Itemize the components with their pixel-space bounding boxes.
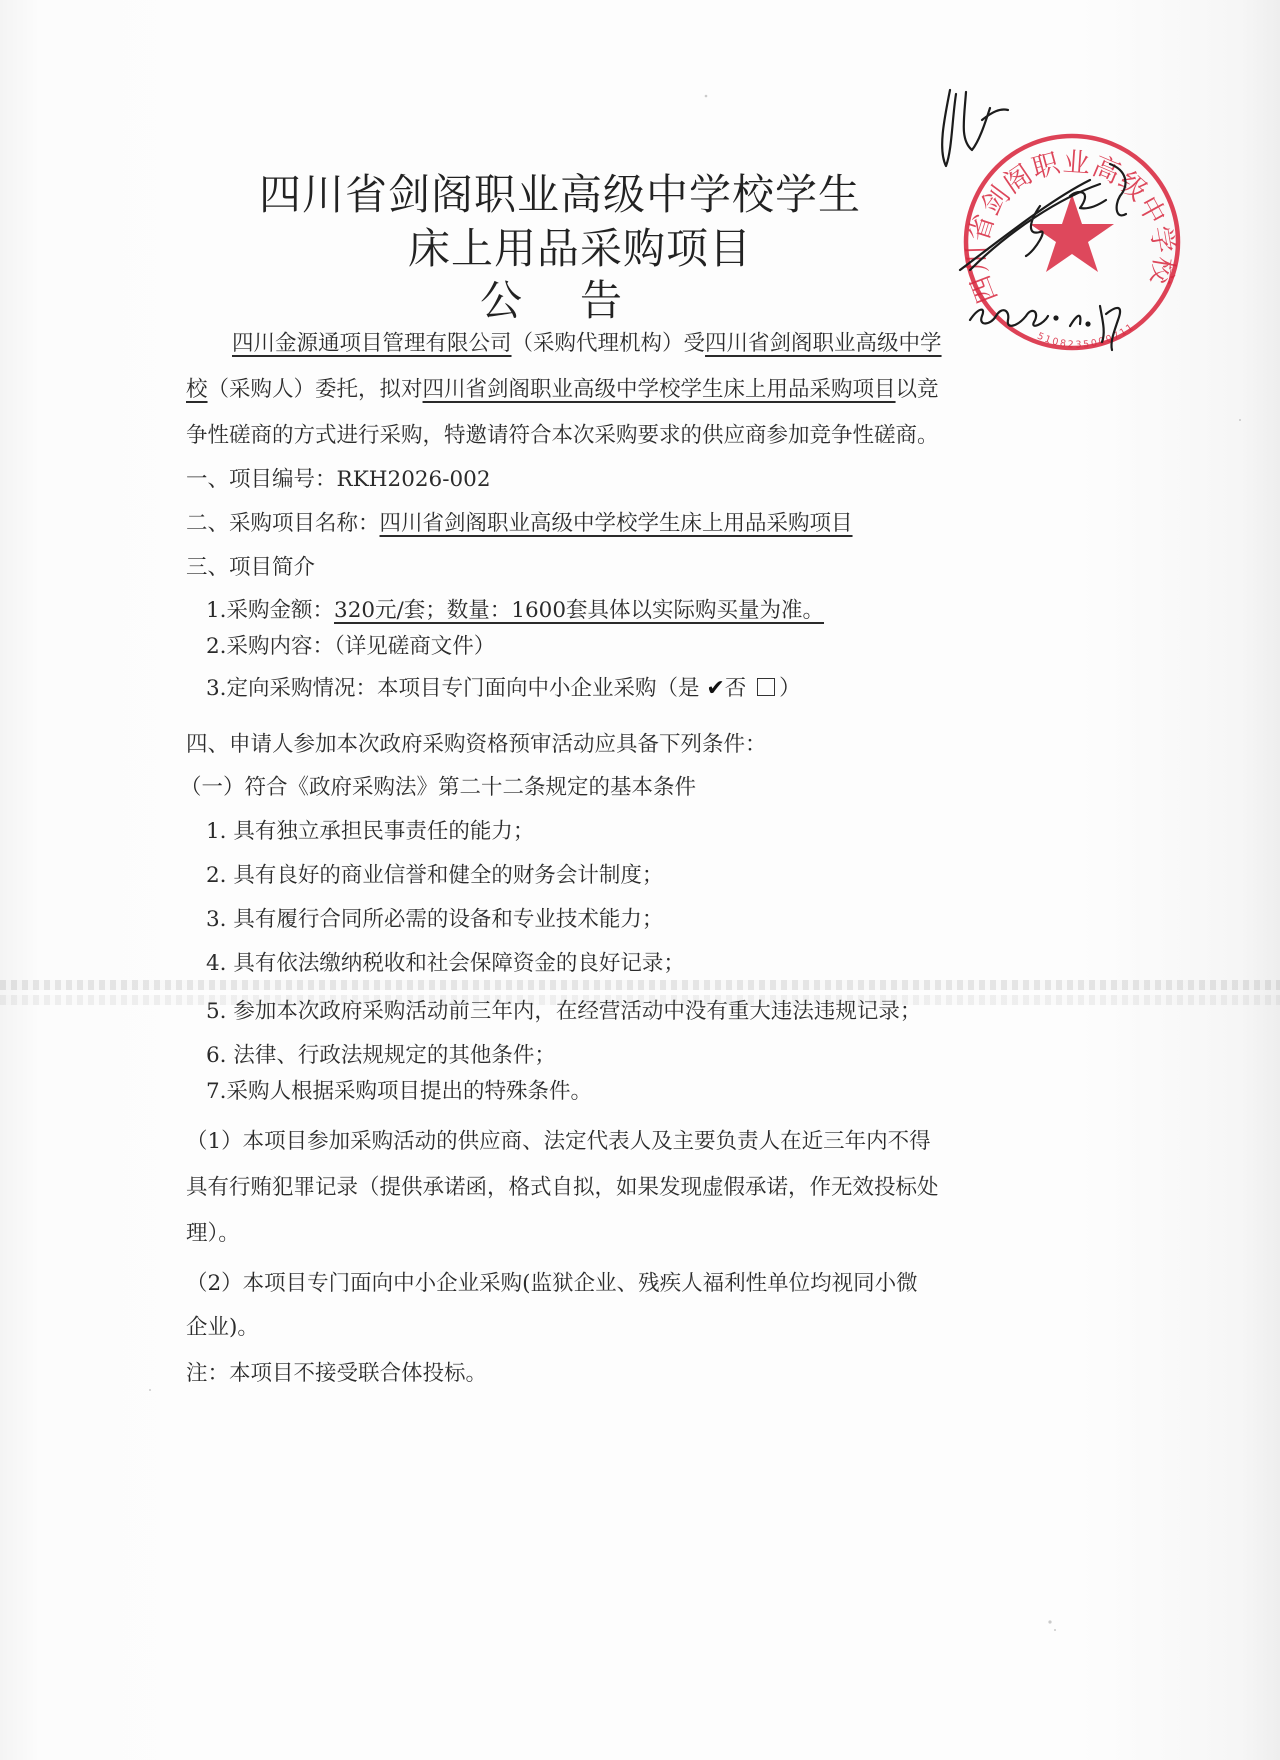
special-condition-1-line-2: 具有行贿犯罪记录（提供承诺函，格式自拟，如果发现虚假承诺，作无效投标处 (186, 1170, 939, 1201)
note-no-consortium: 注：本项目不接受联合体投标。 (186, 1356, 487, 1387)
content-label: 2.采购内容： (206, 634, 334, 659)
project-number-value: RKH2026-002 (337, 467, 491, 492)
special-condition-1-line-3: 理）。 (186, 1216, 240, 1247)
scanned-page: 四川省剑阁职业高级中学校学生 床上用品采购项目 公告 四川金源通项目管理有限公司… (0, 0, 1280, 1760)
directed-procurement-row: 3.定向采购情况：本项目专门面向中小企业采购（是 ✔否 ） (206, 671, 801, 702)
requirement-item: 2. 具有良好的商业信誉和健全的财务会计制度； (206, 858, 663, 889)
special-condition-2-line-1: （2）本项目专门面向中小企业采购(监狱企业、残疾人福利性单位均视同小微 (186, 1266, 918, 1297)
agency-role: （采购代理机构）受 (512, 331, 706, 356)
no-checkbox (757, 678, 775, 696)
content-row: 2.采购内容：（详见磋商文件） (206, 629, 495, 660)
intro-line-1: 四川金源通项目管理有限公司（采购代理机构）受四川省剑阁职业高级中学 (232, 326, 942, 357)
requirement-item: 5. 参加本次政府采购活动前三年内，在经营活动中没有重大违法违规记录； (206, 994, 921, 1025)
purchaser-role: （采购人）委托，拟对 (208, 377, 423, 402)
amount-value: 320元/套；数量：1600套具体以实际购买量为准。 (334, 598, 824, 623)
no-label: 否 (725, 676, 747, 701)
project-number-row: 一、项目编号：RKH2026-002 (186, 462, 491, 493)
requirements-heading: 四、申请人参加本次政府采购资格预审活动应具备下列条件： (186, 727, 767, 758)
scan-artifact-band (0, 980, 1280, 990)
summary-heading: 三、项目简介 (186, 550, 315, 581)
directed-label: 3.定向采购情况：本项目专门面向中小企业采购（是 (206, 676, 700, 701)
requirement-item: 1. 具有独立承担民事责任的能力； (206, 814, 534, 845)
intro-line-2-tail: 以竞 (896, 377, 939, 402)
special-condition-1-line-1: （1）本项目参加采购活动的供应商、法定代表人及主要负责人在近三年内不得 (186, 1124, 931, 1155)
project-name-label: 二、采购项目名称： (186, 511, 380, 536)
project-number-label: 一、项目编号： (186, 467, 337, 492)
requirement-item: 7.采购人根据采购项目提出的特殊条件。 (206, 1074, 592, 1105)
special-condition-2-line-2: 企业)。 (186, 1310, 259, 1341)
directed-close: ） (779, 676, 801, 701)
intro-project-name: 四川省剑阁职业高级中学校学生床上用品采购项目 (423, 377, 896, 402)
yes-checkmark-icon: ✔ (706, 676, 724, 701)
amount-row: 1.采购金额：320元/套；数量：1600套具体以实际购买量为准。 (206, 593, 824, 624)
intro-line-2: 校（采购人）委托，拟对四川省剑阁职业高级中学校学生床上用品采购项目以竞 (186, 372, 939, 403)
requirement-item: 6. 法律、行政法规规定的其他条件； (206, 1038, 556, 1069)
amount-label: 1.采购金额： (206, 598, 334, 623)
agency-name: 四川金源通项目管理有限公司 (232, 331, 512, 356)
requirement-item: 4. 具有依法缴纳税收和社会保障资金的良好记录； (206, 946, 685, 977)
intro-line-3: 争性磋商的方式进行采购，特邀请符合本次采购要求的供应商参加竞争性磋商。 (186, 418, 939, 449)
purchaser-name-part1: 四川省剑阁职业高级中学 (705, 331, 942, 356)
handwritten-signature (930, 80, 1150, 370)
purchaser-name-part2: 校 (186, 377, 208, 402)
project-name-row: 二、采购项目名称：四川省剑阁职业高级中学校学生床上用品采购项目 (186, 506, 853, 537)
content-value: （详见磋商文件） (334, 634, 495, 659)
requirement-item: 3. 具有履行合同所必需的设备和专业技术能力； (206, 902, 663, 933)
project-name-value: 四川省剑阁职业高级中学校学生床上用品采购项目 (380, 511, 853, 536)
requirements-sub-heading: （一）符合《政府采购法》第二十二条规定的基本条件 (180, 770, 696, 801)
